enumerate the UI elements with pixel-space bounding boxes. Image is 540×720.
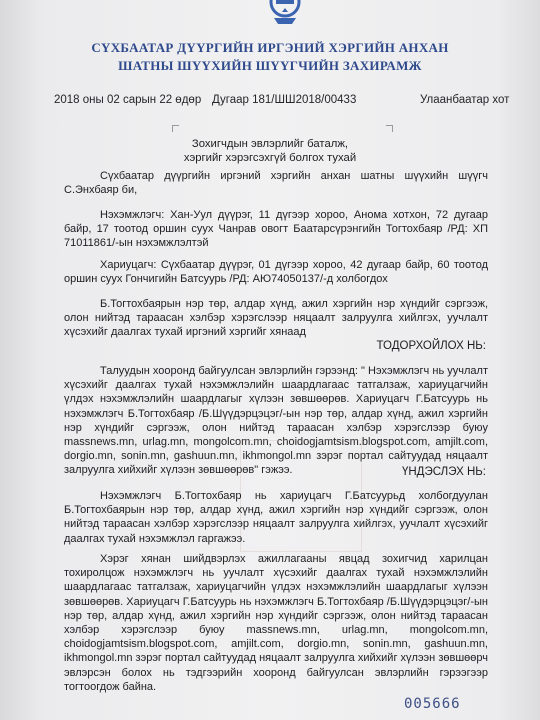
intro-text: Сүхбаатар дүүргийн иргэний хэргийн анхан… (64, 170, 488, 196)
grounds-text-1: Нэхэмжлэгч Б.Тогтохбаяр нь хариуцагч Г.Б… (64, 490, 488, 545)
plaintiff-text: Нэхэмжлэгч: Хан-Уул дүүрэг, 11 дүгээр хо… (64, 209, 488, 249)
subject-line1: Зохигчдын эвлэрлийг баталж, (0, 137, 540, 151)
grounds-paragraph-2: Хэрэг хянан шийдвэрлэх ажиллагааны явцад… (64, 552, 488, 694)
order-date: 2018 оны 02 сарын 22 өдөр (54, 94, 201, 106)
grounds-text-2: Хэрэг хянан шийдвэрлэх ажиллагааны явцад… (64, 553, 488, 693)
document-page: СҮХБААТАР ДҮҮРГИЙН ИРГЭНИЙ ХЭРГИЙН АНХАН… (0, 0, 540, 720)
subject-line2: хэргийг хэрэгсэхгүй болгох тухай (0, 151, 540, 165)
section-heading-findings: ТОДОРХОЙЛОХ НЬ: (377, 340, 486, 352)
defendant-text: Хариуцагч: Сүхбаатар дүүрэг, 01 дүгээр х… (64, 259, 488, 285)
intro-paragraph: Сүхбаатар дүүргийн иргэний хэргийн анхан… (64, 169, 488, 197)
plaintiff-paragraph: Нэхэмжлэгч: Хан-Уул дүүрэг, 11 дүгээр хо… (64, 208, 488, 251)
section-heading-grounds: ҮНДЭСЛЭХ НЬ: (402, 466, 486, 478)
order-subject: Зохигчдын эвлэрлийг баталж, хэргийг хэрэ… (0, 137, 540, 165)
court-emblem-icon (260, 0, 310, 26)
court-title-line2: ШАТНЫ ШҮҮХИЙН ШҮҮГЧИЙН ЗАХИРАМЖ (0, 58, 540, 74)
case-text: Б.Тогтохбаярын нэр төр, алдар хүнд, ажил… (64, 298, 488, 338)
court-title-line1: СҮХБААТАР ДҮҮРГИЙН ИРГЭНИЙ ХЭРГИЙН АНХАН (0, 40, 540, 56)
defendant-paragraph: Хариуцагч: Сүхбаатар дүүрэг, 01 дүгээр х… (64, 258, 488, 286)
order-city: Улаанбаатар хот (420, 94, 509, 106)
grounds-paragraph-1: Нэхэмжлэгч Б.Тогтохбаяр нь хариуцагч Г.Б… (64, 489, 488, 546)
corner-mark-left (172, 125, 179, 132)
case-paragraph: Б.Тогтохбаярын нэр төр, алдар хүнд, ажил… (64, 297, 488, 340)
serial-number-stamp: 005666 (404, 696, 461, 712)
corner-mark-right (386, 125, 393, 132)
order-number: Дугаар 181/ШШ2018/00433 (212, 94, 356, 106)
